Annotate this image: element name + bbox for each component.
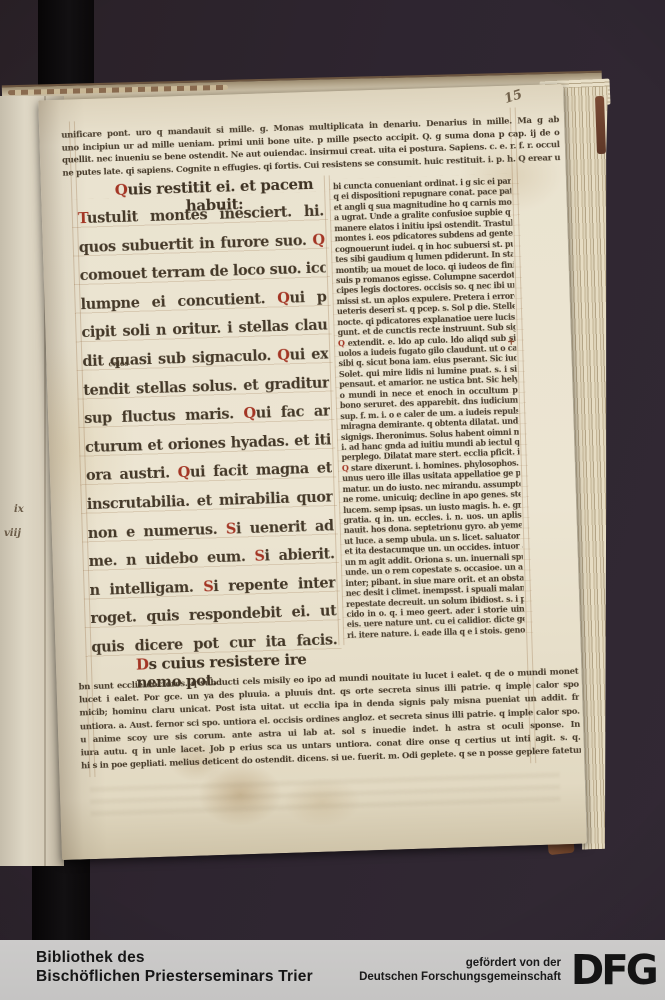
facing-margin-note: viij xyxy=(4,528,21,539)
top-text-block: unificare pont. uro q mandauit si mille.… xyxy=(61,114,560,180)
rubricated-initial: T xyxy=(78,210,88,227)
bottom-text-block: bn sunt ecclie doctores. q subducti cels… xyxy=(78,666,581,774)
rubricated-initial: Q xyxy=(338,337,345,347)
dfg-logo: DFG xyxy=(571,946,656,994)
rubricated-initial: Q xyxy=(342,463,349,473)
footer-bar: Bibliothek des Bischöflichen Priestersem… xyxy=(0,940,665,1000)
rubricated-initial: S xyxy=(203,578,214,595)
library-credit-line2: Bischöflichen Priesterseminars Trier xyxy=(36,968,313,987)
rubricated-initial: S xyxy=(226,520,237,537)
folio-number: 15 xyxy=(502,87,524,107)
funding-credit-line2: Deutschen Forschungsgemeinschaft xyxy=(359,971,561,985)
rubricated-initial: D xyxy=(136,655,149,673)
rubricated-initial: Q xyxy=(243,405,256,422)
rubricated-initial: Q xyxy=(177,464,190,481)
margin-cross-mark: + xyxy=(507,337,516,348)
funding-credit: gefördert von der Deutschen Forschungsge… xyxy=(359,957,561,984)
library-credit: Bibliothek des Bischöflichen Priestersem… xyxy=(36,949,313,986)
headband-stitching xyxy=(8,85,228,95)
rubricated-initial: Q xyxy=(312,231,325,248)
facing-margin-note: ix xyxy=(14,504,24,515)
ink-bleedthrough xyxy=(90,772,561,821)
photo-stage: ix viij 15 unificare pont. uro q mandaui… xyxy=(0,0,665,1000)
right-column-text: bi cuncta conueniant ordinat. i g sic ei… xyxy=(333,176,525,641)
library-credit-line1: Bibliothek des xyxy=(36,949,313,968)
manuscript-leaf: 15 unificare pont. uro q mandauit si mil… xyxy=(38,84,587,860)
left-column-text: Tustulit montes inesciert. hi.quos subue… xyxy=(78,198,338,663)
rubricated-initial: S xyxy=(254,548,265,565)
cradle-strap-top xyxy=(38,0,94,96)
rubricated-initial: Q xyxy=(115,181,128,199)
rubricated-initial: Q xyxy=(277,347,290,364)
funding-credit-line1: gefördert von der xyxy=(359,957,561,971)
rubricated-initial: Q xyxy=(277,289,290,306)
